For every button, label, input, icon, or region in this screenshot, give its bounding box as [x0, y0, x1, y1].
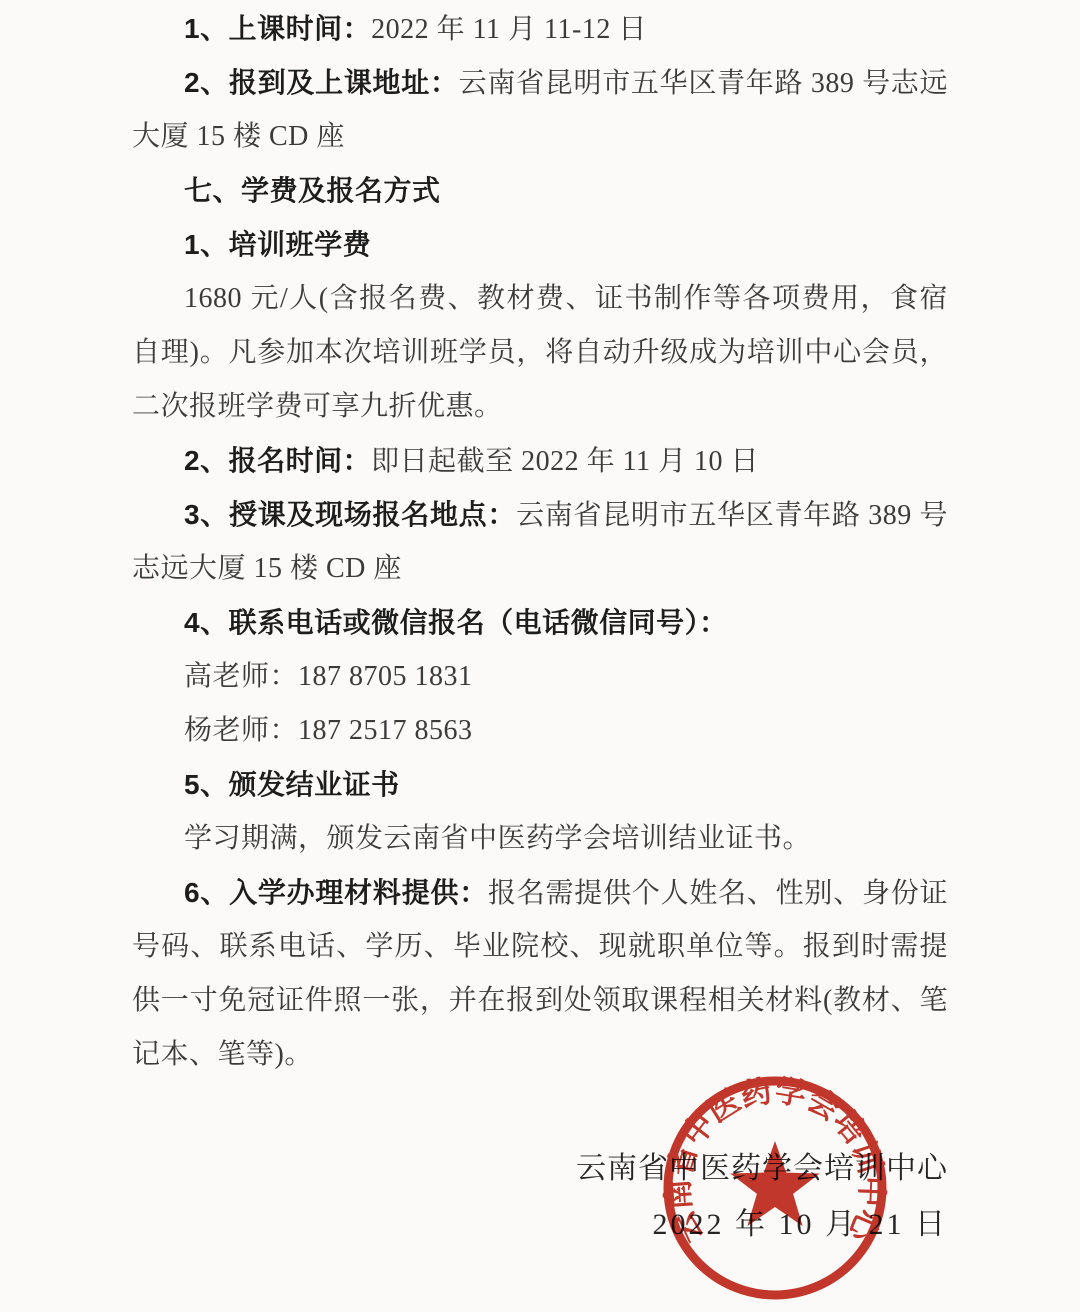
- document-line: 2、报名时间：即日起截至 2022 年 11 月 10 日: [132, 434, 948, 488]
- star-icon: [730, 1141, 819, 1226]
- document-line: 大厦 15 楼 CD 座: [132, 110, 948, 164]
- body-text-run: 杨老师：187 2517 8563: [184, 715, 473, 746]
- document-line: 二次报班学费可享九折优惠。: [132, 380, 948, 434]
- document-line: 1、上课时间：2022 年 11 月 11-12 日: [132, 2, 948, 56]
- document-page: 1、上课时间：2022 年 11 月 11-12 日2、报到及上课地址：云南省昆…: [0, 0, 1080, 1312]
- body-text-run: 2022 年 11 月 11-12 日: [371, 14, 647, 45]
- document-line: 1680 元/人(含报名费、教材费、证书制作等各项费用，食宿: [132, 272, 948, 326]
- body-text-run: 号码、联系电话、学历、毕业院校、现就职单位等。报到时需提: [132, 931, 948, 962]
- heading-text-run: 6、入学办理材料提供：: [184, 877, 488, 908]
- document-line: 志远大厦 15 楼 CD 座: [132, 542, 948, 596]
- body-text-run: 云南省昆明市五华区青年路 389 号志远: [459, 68, 948, 99]
- heading-text-run: 1、培训班学费: [184, 229, 371, 260]
- document-line: 2、报到及上课地址：云南省昆明市五华区青年路 389 号志远: [132, 56, 948, 110]
- body-text-run: 高老师：187 8705 1831: [184, 661, 473, 692]
- document-body: 1、上课时间：2022 年 11 月 11-12 日2、报到及上课地址：云南省昆…: [132, 2, 948, 1082]
- document-line: 3、授课及现场报名地点：云南省昆明市五华区青年路 389 号: [132, 488, 948, 542]
- document-line: 学习期满，颁发云南省中医药学会培训结业证书。: [132, 812, 948, 866]
- body-text-run: 1680 元/人(含报名费、教材费、证书制作等各项费用，食宿: [184, 283, 948, 314]
- body-text-run: 即日起截至 2022 年 11 月 10 日: [371, 446, 759, 477]
- document-line: 七、学费及报名方式: [132, 164, 948, 218]
- body-text-run: 大厦 15 楼 CD 座: [132, 121, 345, 152]
- heading-text-run: 5、颁发结业证书: [184, 769, 400, 800]
- document-line: 号码、联系电话、学历、毕业院校、现就职单位等。报到时需提: [132, 920, 948, 974]
- heading-text-run: 3、授课及现场报名地点：: [184, 499, 516, 530]
- heading-text-run: 七、学费及报名方式: [184, 175, 441, 206]
- body-text-run: 自理)。凡参加本次培训班学员，将自动升级成为培训中心会员，: [132, 337, 948, 368]
- document-line: 杨老师：187 2517 8563: [132, 704, 948, 758]
- body-text-run: 云南省昆明市五华区青年路 389 号: [516, 500, 948, 531]
- document-line: 自理)。凡参加本次培训班学员，将自动升级成为培训中心会员，: [132, 326, 948, 380]
- heading-text-run: 2、报名时间：: [184, 445, 371, 476]
- document-line: 6、入学办理材料提供：报名需提供个人姓名、性别、身份证: [132, 866, 948, 920]
- heading-text-run: 4、联系电话或微信报名（电话微信同号）：: [184, 607, 728, 638]
- body-text-run: 学习期满，颁发云南省中医药学会培训结业证书。: [184, 823, 811, 854]
- document-line: 供一寸免冠证件照一张，并在报到处领取课程相关材料(教材、笔: [132, 974, 948, 1028]
- document-line: 1、培训班学费: [132, 218, 948, 272]
- body-text-run: 供一寸免冠证件照一张，并在报到处领取课程相关材料(教材、笔: [132, 985, 948, 1016]
- body-text-run: 二次报班学费可享九折优惠。: [132, 391, 503, 422]
- body-text-run: 报名需提供个人姓名、性别、身份证: [488, 878, 948, 909]
- document-line: 4、联系电话或微信报名（电话微信同号）：: [132, 596, 948, 650]
- body-text-run: 记本、笔等)。: [132, 1039, 313, 1070]
- heading-text-run: 1、上课时间：: [184, 13, 371, 44]
- heading-text-run: 2、报到及上课地址：: [184, 67, 459, 98]
- body-text-run: 志远大厦 15 楼 CD 座: [132, 553, 402, 584]
- document-line: 5、颁发结业证书: [132, 758, 948, 812]
- document-line: 高老师：187 8705 1831: [132, 650, 948, 704]
- official-seal: 云南省中医药学会培训中心: [656, 1069, 894, 1307]
